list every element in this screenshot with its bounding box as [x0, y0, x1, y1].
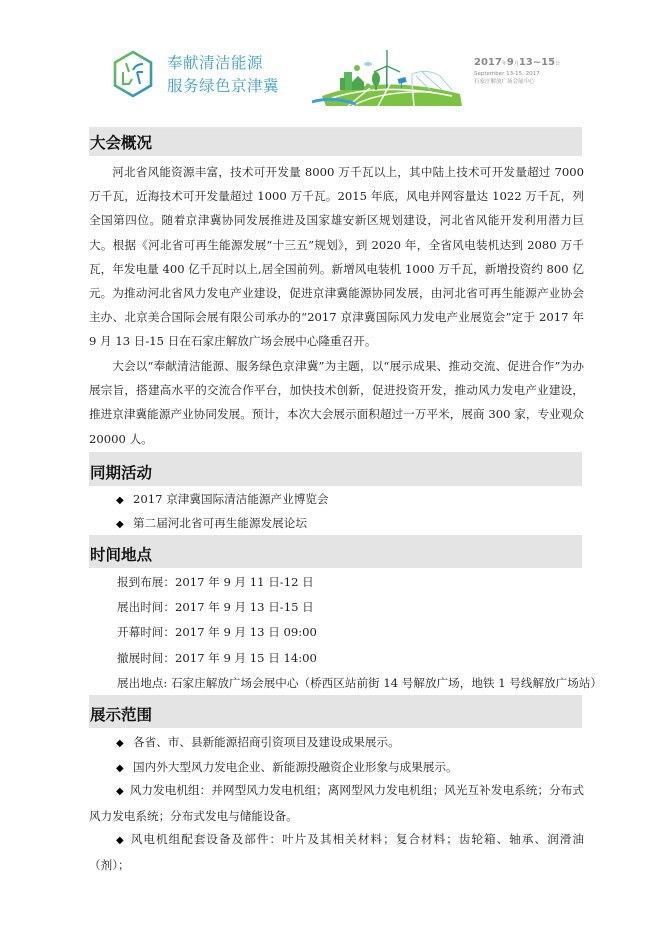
event-date-block: 2017年9月13~15日 September 13-15, 2017 石家庄解… [474, 57, 560, 86]
scope-item: ◆各省、市、县新能源招商引资项目及建设成果展示。 [116, 733, 400, 753]
scope-item: ◆风力发电机组：并网型风力发电机组；离网型风力发电机组；风光互补发电系统；分布式… [89, 778, 584, 828]
diamond-bullet-icon: ◆ [116, 835, 125, 846]
header-banner: 奉献清洁能源 服务绿色京津冀 2017年9月13~15日 September 1… [0, 0, 666, 128]
section-header-scope: 展示范围 [89, 695, 582, 728]
diamond-bullet-icon: ◆ [116, 760, 127, 778]
diamond-bullet-icon: ◆ [116, 492, 127, 510]
schedule-venue: 展出地点: 石家庄解放广场会展中心（桥西区站前街 14 号解放广场，地铁 1 号… [117, 674, 602, 692]
event-date-en: September 13-15, 2017 [474, 70, 560, 78]
section-header-concurrent: 同期活动 [89, 452, 582, 486]
schedule-setup: 报到布展：2017 年 9 月 11 日-12 日 [117, 573, 314, 591]
schedule-teardown: 撤展时间：2017 年 9 月 15 日 14:00 [117, 649, 317, 667]
slogan: 奉献清洁能源 服务绿色京津冀 [167, 52, 279, 98]
scope-item: ◆风电机组配套设备及部件：叶片及其相关材料；复合材料；齿轮箱、轴承、润滑油（剂）… [89, 827, 584, 877]
section-header-overview: 大会概况 [89, 129, 582, 156]
expo-logo-icon [112, 50, 154, 98]
overview-paragraph-3: 大会以“奉献清洁能源、服务绿色京津冀”为主题，以“展示成果、推动交流、促进合作”… [89, 354, 584, 451]
event-date-cn: 2017年9月13~15日 [474, 57, 560, 70]
diamond-bullet-icon: ◆ [116, 516, 127, 534]
schedule-exhibition: 展出时间：2017 年 9 月 13 日-15 日 [117, 598, 314, 616]
diamond-bullet-icon: ◆ [116, 735, 127, 753]
slogan-line-2: 服务绿色京津冀 [167, 75, 279, 98]
scope-item: ◆国内外大型风力发电企业、新能源投融资企业形象与成果展示。 [116, 758, 458, 778]
section-title-concurrent: 同期活动 [90, 461, 152, 483]
section-title-scope: 展示范围 [90, 703, 152, 725]
overview-paragraph-2: 为推动河北省风力发电产业建设，促进京津冀能源协同发展，由河北省可再生能源产业协会… [89, 281, 584, 354]
section-title-schedule: 时间地点 [90, 543, 152, 565]
slogan-line-1: 奉献清洁能源 [167, 52, 279, 75]
diamond-bullet-icon: ◆ [116, 786, 124, 797]
schedule-opening: 开幕时间：2017 年 9 月 13 日 09:00 [117, 623, 317, 641]
section-title-overview: 大会概况 [90, 131, 152, 153]
event-venue: 石家庄解放广场会展中心 [474, 78, 560, 86]
section-header-schedule: 时间地点 [89, 535, 582, 568]
green-energy-landscape-icon [312, 46, 464, 108]
concurrent-item: ◆第二届河北省可再生能源发展论坛 [116, 514, 307, 534]
concurrent-item: ◆2017 京津冀国际清洁能源产业博览会 [116, 490, 329, 510]
